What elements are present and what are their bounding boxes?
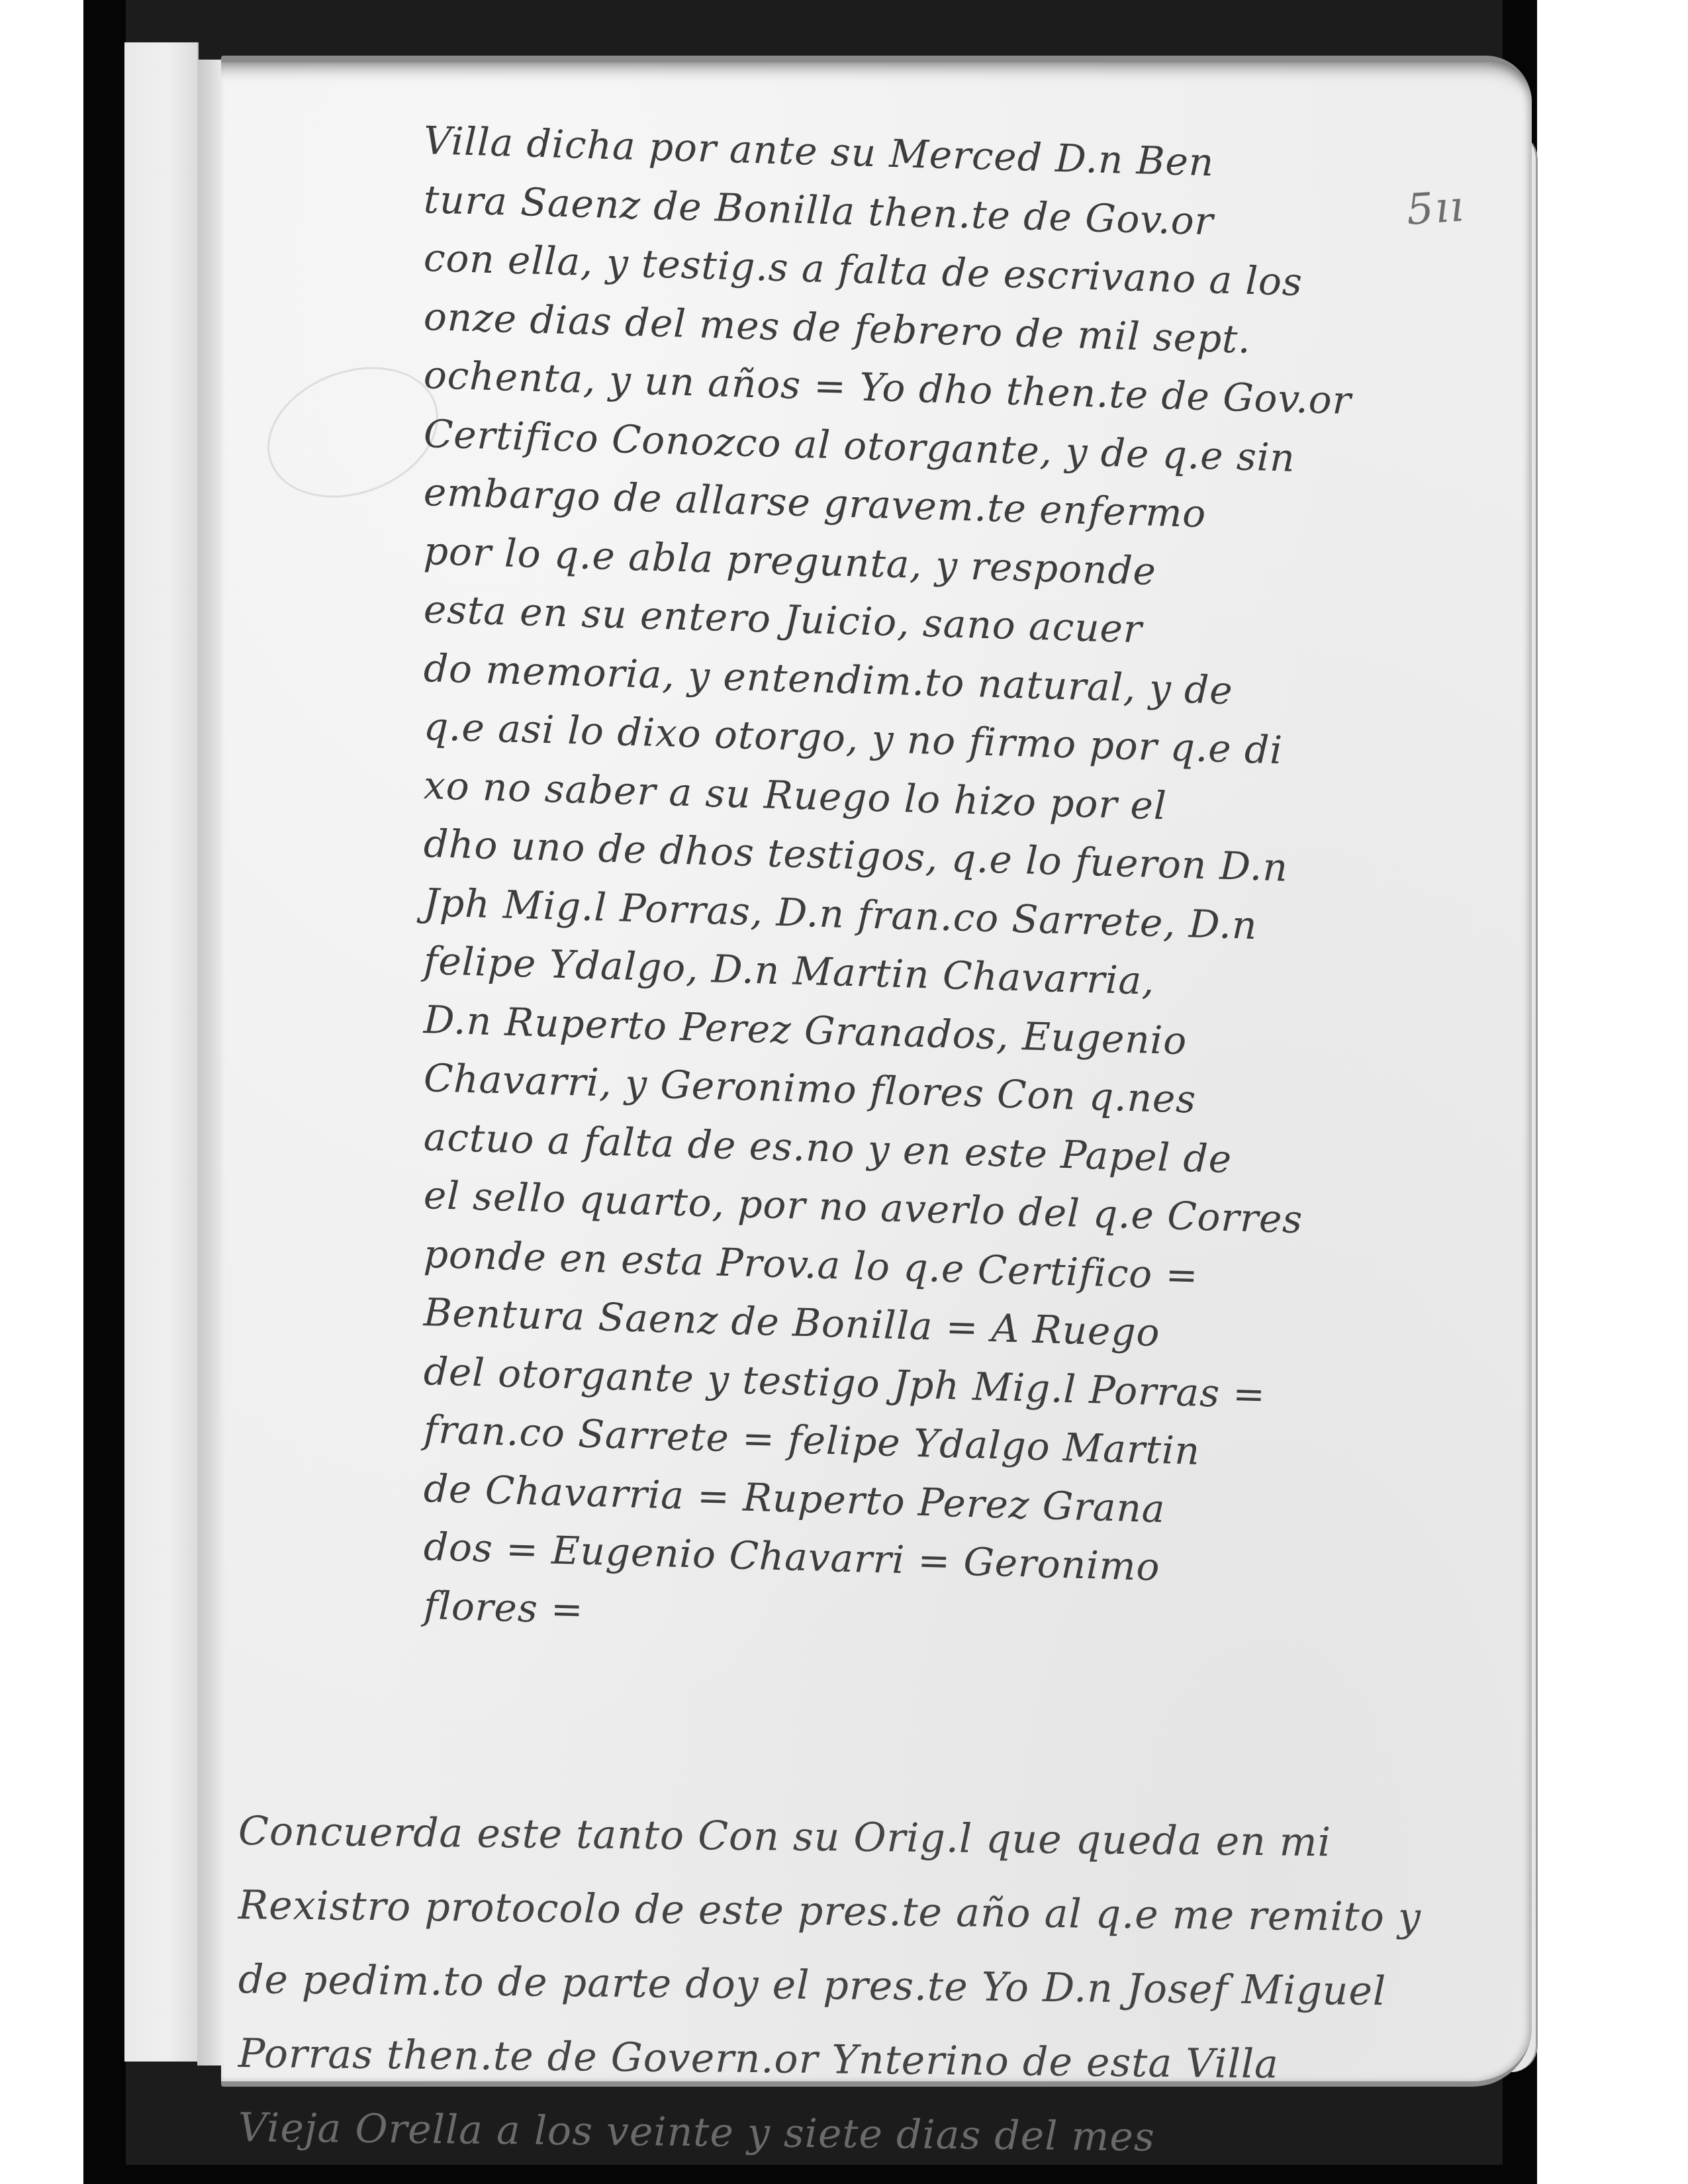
closing-line: Vieja Orella a los veinte y siete dias d… (238, 2091, 1483, 2178)
closing-line: Concuerda este tanto Con su Orig.l que q… (238, 1794, 1483, 1881)
manuscript-body: Villa dicha por ante su Merced D.n Ben t… (424, 111, 1297, 1635)
closing-line: de pedim.to de parte doy el pres.te Yo D… (238, 1942, 1483, 2030)
closing-line: Rexistro protocolo de este pres.te año a… (238, 1868, 1483, 1956)
binding-shadow (197, 60, 221, 2065)
folio-number: 5ıı (1405, 182, 1467, 235)
certification-paragraph: Concuerda este tanto Con su Orig.l que q… (238, 1794, 1483, 2165)
closing-line: Porras then.te de Govern.or Ynterino de … (238, 2017, 1483, 2104)
binding-strip (124, 42, 199, 2062)
